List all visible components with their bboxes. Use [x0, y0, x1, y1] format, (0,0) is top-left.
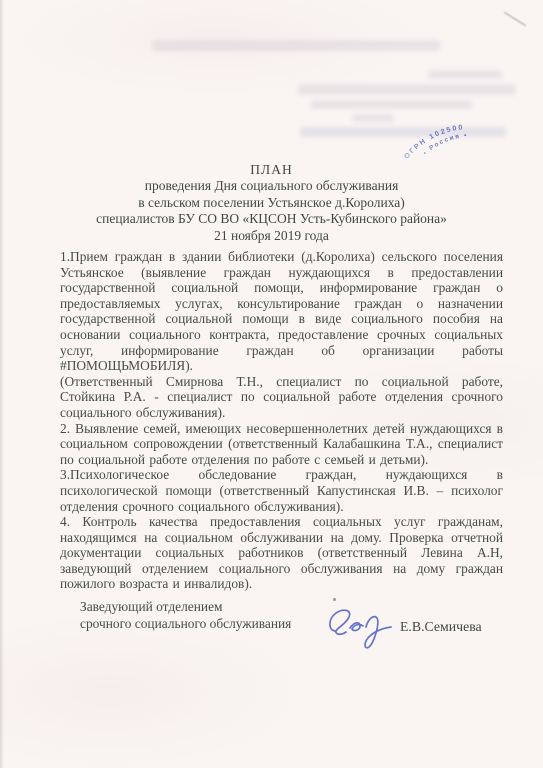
- title-subtitle-line: специалистов БУ СО ВО «КЦСОН Усть-Кубинс…: [0, 211, 543, 227]
- signature-ink-graphic: [323, 600, 395, 650]
- scan-scratch-artifact: [503, 11, 526, 26]
- handwritten-signature: [323, 600, 395, 655]
- signatory-name: Е.В.Семичева: [400, 619, 482, 635]
- bleed-through-approval-line: [310, 100, 472, 109]
- paragraph-item-2: 2. Выявление семей, имеющих несовершенно…: [60, 421, 503, 468]
- signatory-position-line-1: Заведующий отделением: [80, 598, 291, 615]
- document-title: ПЛАН: [0, 162, 543, 178]
- signatory-position-block: Заведующий отделением срочного социально…: [80, 598, 291, 632]
- scan-edge-artifact: [0, 0, 4, 768]
- signatory-position-line-2: срочного социального обслуживания: [80, 615, 291, 632]
- paragraph-item-3: 3.Психологическое обследование граждан, …: [60, 467, 503, 514]
- bleed-through-approval-line: [298, 84, 516, 95]
- paragraph-item-1: 1.Прием граждан в здании библиотеки (д.К…: [60, 249, 503, 374]
- paragraph-item-4: 4. Контроль качества предоставления соци…: [60, 514, 503, 592]
- title-subtitle-line: в сельском поселении Устьянское д.Короли…: [0, 195, 543, 211]
- paragraph-responsible-1: (Ответственный Смирнова Т.Н., специалист…: [60, 374, 503, 421]
- title-date-line: 21 ноября 2019 года: [0, 228, 543, 244]
- document-title-block: ПЛАН проведения Дня социального обслужив…: [0, 162, 543, 244]
- bleed-through-header-line: [152, 40, 440, 51]
- title-subtitle-line: проведения Дня социального обслуживания: [0, 178, 543, 194]
- document-body: 1.Прием граждан в здании библиотеки (д.К…: [60, 249, 503, 592]
- scanned-document-page: ОГРН 102500 • Россия • ПЛАН проведения Д…: [0, 0, 543, 768]
- bleed-through-approval-line: [352, 114, 394, 122]
- bleed-through-approval-line: [428, 70, 502, 79]
